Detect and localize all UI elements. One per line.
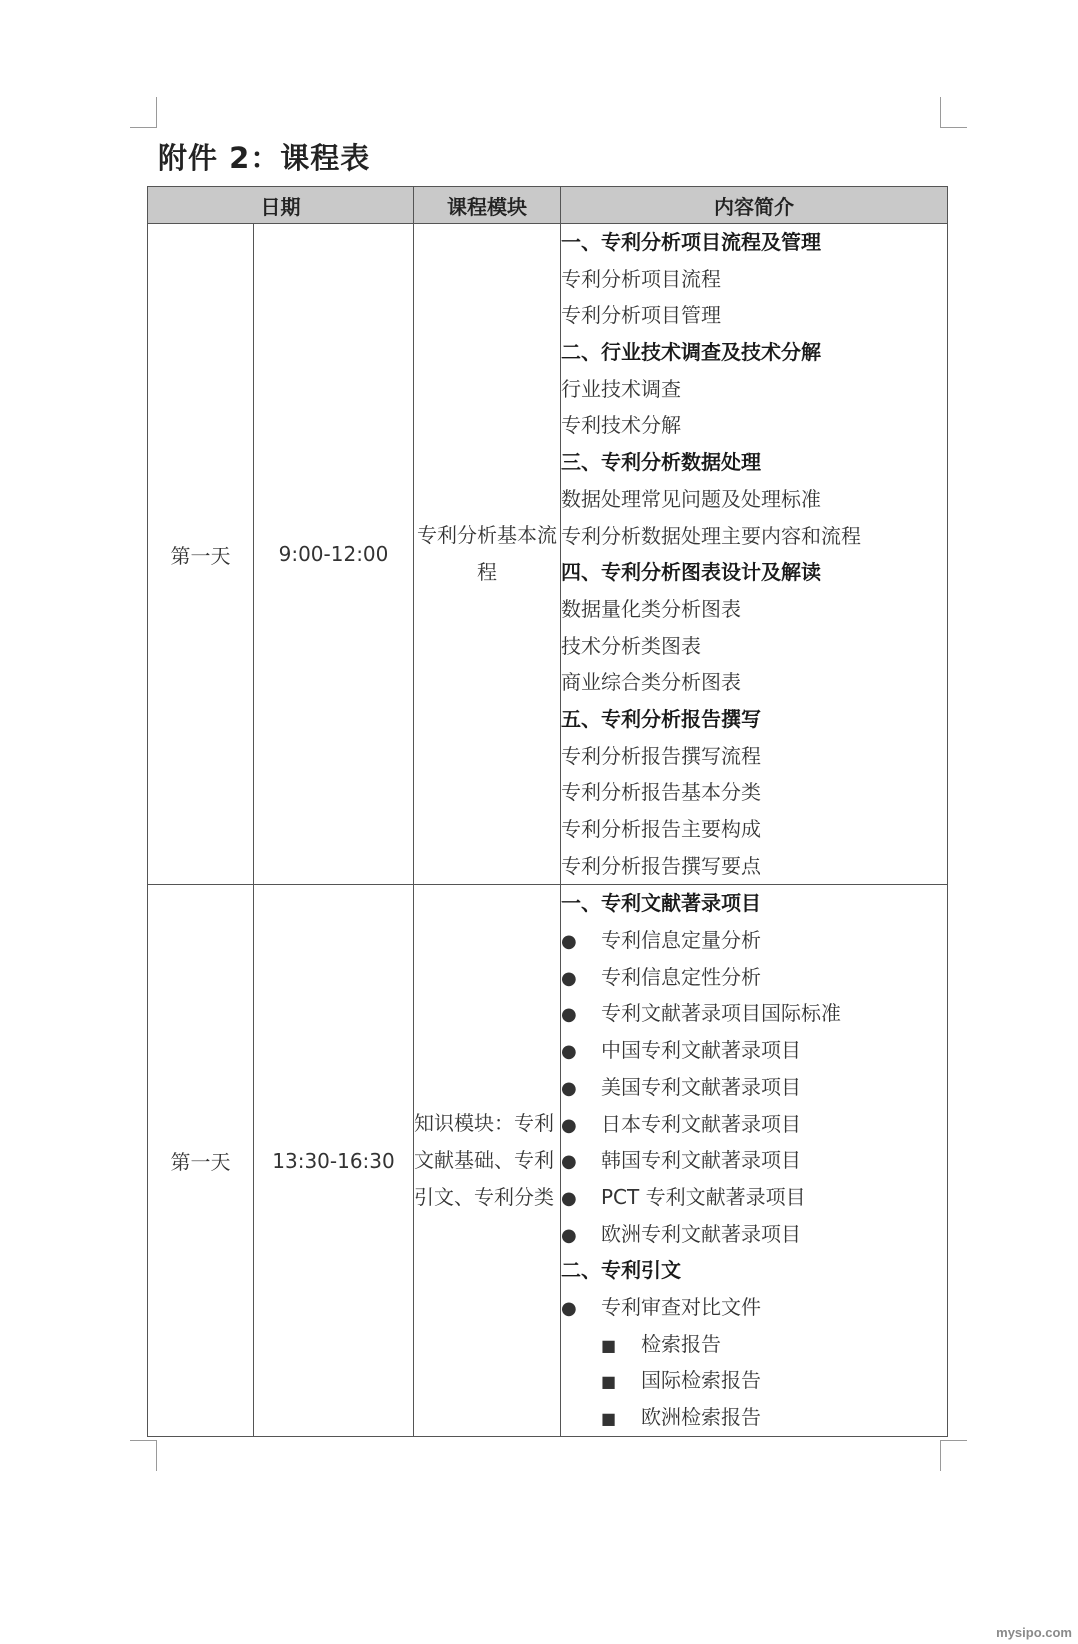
content-bullet-item: ●PCT 专利文献著录项目: [561, 1179, 947, 1216]
content-heading: 二、专利引文: [561, 1252, 947, 1289]
module-cell: 知识模块：专利文献基础、专利引文、专利分类: [414, 885, 561, 1437]
header-date: 日期: [148, 187, 414, 224]
header-module: 课程模块: [414, 187, 561, 224]
content-item-text: 专利文献著录项目国际标准: [601, 1001, 841, 1025]
content-subitem: ■检索报告: [561, 1326, 947, 1363]
content-item: 数据处理常见问题及处理标准: [561, 481, 947, 518]
content-item-text: 日本专利文献著录项目: [601, 1112, 801, 1136]
course-schedule-table: 日期 课程模块 内容简介 第一天 9:00-12:00 专利分析基本流程 一、专…: [147, 186, 948, 1437]
content-item: 商业综合类分析图表: [561, 664, 947, 701]
content-bullet-item: ●欧洲专利文献著录项目: [561, 1216, 947, 1253]
content-item: 行业技术调查: [561, 371, 947, 408]
table-row: 第一天 13:30-16:30 知识模块：专利文献基础、专利引文、专利分类 一、…: [148, 885, 948, 1437]
content-item: 专利分析报告撰写要点: [561, 848, 947, 885]
day-cell: 第一天: [148, 224, 254, 885]
bullet-icon: ●: [561, 997, 601, 1034]
content-item-text: 中国专利文献著录项目: [601, 1038, 801, 1062]
content-bullet-item: ●中国专利文献著录项目: [561, 1032, 947, 1069]
content-cell: 一、专利文献著录项目 ●专利信息定量分析 ●专利信息定性分析 ●专利文献著录项目…: [561, 885, 948, 1437]
content-heading: 五、专利分析报告撰写: [561, 701, 947, 738]
content-cell: 一、专利分析项目流程及管理 专利分析项目流程 专利分析项目管理 二、行业技术调查…: [561, 224, 948, 885]
content-bullet-item: ●美国专利文献著录项目: [561, 1069, 947, 1106]
content-bullet-item: ●专利审查对比文件: [561, 1289, 947, 1326]
bullet-icon: ●: [561, 961, 601, 998]
content-subitem: ■国际检索报告: [561, 1362, 947, 1399]
content-bullet-item: ●专利信息定量分析: [561, 922, 947, 959]
time-cell: 9:00-12:00: [254, 224, 414, 885]
table-row: 第一天 9:00-12:00 专利分析基本流程 一、专利分析项目流程及管理 专利…: [148, 224, 948, 885]
content-item: 专利分析报告基本分类: [561, 774, 947, 811]
time-cell: 13:30-16:30: [254, 885, 414, 1437]
bullet-icon: ●: [561, 924, 601, 961]
watermark: mysipo.com: [996, 1625, 1072, 1640]
page-corner-mark-top-left: [130, 97, 157, 128]
document-title: 附件 2：课程表: [158, 136, 370, 177]
content-heading: 一、专利分析项目流程及管理: [561, 224, 947, 261]
bullet-icon: ●: [561, 1291, 601, 1328]
bullet-icon: ●: [561, 1218, 601, 1255]
content-heading: 二、行业技术调查及技术分解: [561, 334, 947, 371]
content-item-text: 欧洲专利文献著录项目: [601, 1222, 801, 1246]
content-item: 专利技术分解: [561, 407, 947, 444]
bullet-icon: ●: [561, 1181, 601, 1218]
content-item-text: 美国专利文献著录项目: [601, 1075, 801, 1099]
content-item: 专利分析数据处理主要内容和流程: [561, 518, 947, 555]
content-item-text: 国际检索报告: [641, 1368, 761, 1392]
content-item: 专利分析报告撰写流程: [561, 738, 947, 775]
table-header-row: 日期 课程模块 内容简介: [148, 187, 948, 224]
content-item: 专利分析项目流程: [561, 261, 947, 298]
bullet-icon: ●: [561, 1108, 601, 1145]
content-item-text: 专利审查对比文件: [601, 1295, 761, 1319]
square-bullet-icon: ■: [601, 1364, 641, 1401]
content-bullet-item: ●韩国专利文献著录项目: [561, 1142, 947, 1179]
content-item-text: 检索报告: [641, 1332, 721, 1356]
content-bullet-item: ●专利信息定性分析: [561, 959, 947, 996]
square-bullet-icon: ■: [601, 1328, 641, 1365]
content-bullet-item: ●专利文献著录项目国际标准: [561, 995, 947, 1032]
module-cell: 专利分析基本流程: [414, 224, 561, 885]
page-corner-mark-top-right: [940, 97, 967, 128]
content-item: 数据量化类分析图表: [561, 591, 947, 628]
content-subitem: ■欧洲检索报告: [561, 1399, 947, 1436]
page-corner-mark-bottom-right: [940, 1440, 967, 1471]
content-item-text: 欧洲检索报告: [641, 1405, 761, 1429]
page-corner-mark-bottom-left: [130, 1440, 157, 1471]
content-item-text: 专利信息定量分析: [601, 928, 761, 952]
content-item-text: PCT 专利文献著录项目: [601, 1185, 806, 1209]
square-bullet-icon: ■: [601, 1401, 641, 1438]
content-bullet-item: ●日本专利文献著录项目: [561, 1106, 947, 1143]
content-heading: 四、专利分析图表设计及解读: [561, 554, 947, 591]
header-content: 内容简介: [561, 187, 948, 224]
content-item: 技术分析类图表: [561, 628, 947, 665]
bullet-icon: ●: [561, 1144, 601, 1181]
bullet-icon: ●: [561, 1034, 601, 1071]
content-heading: 三、专利分析数据处理: [561, 444, 947, 481]
content-item-text: 专利信息定性分析: [601, 965, 761, 989]
content-item: 专利分析项目管理: [561, 297, 947, 334]
content-item: 专利分析报告主要构成: [561, 811, 947, 848]
bullet-icon: ●: [561, 1071, 601, 1108]
content-heading: 一、专利文献著录项目: [561, 885, 947, 922]
day-cell: 第一天: [148, 885, 254, 1437]
content-item-text: 韩国专利文献著录项目: [601, 1148, 801, 1172]
